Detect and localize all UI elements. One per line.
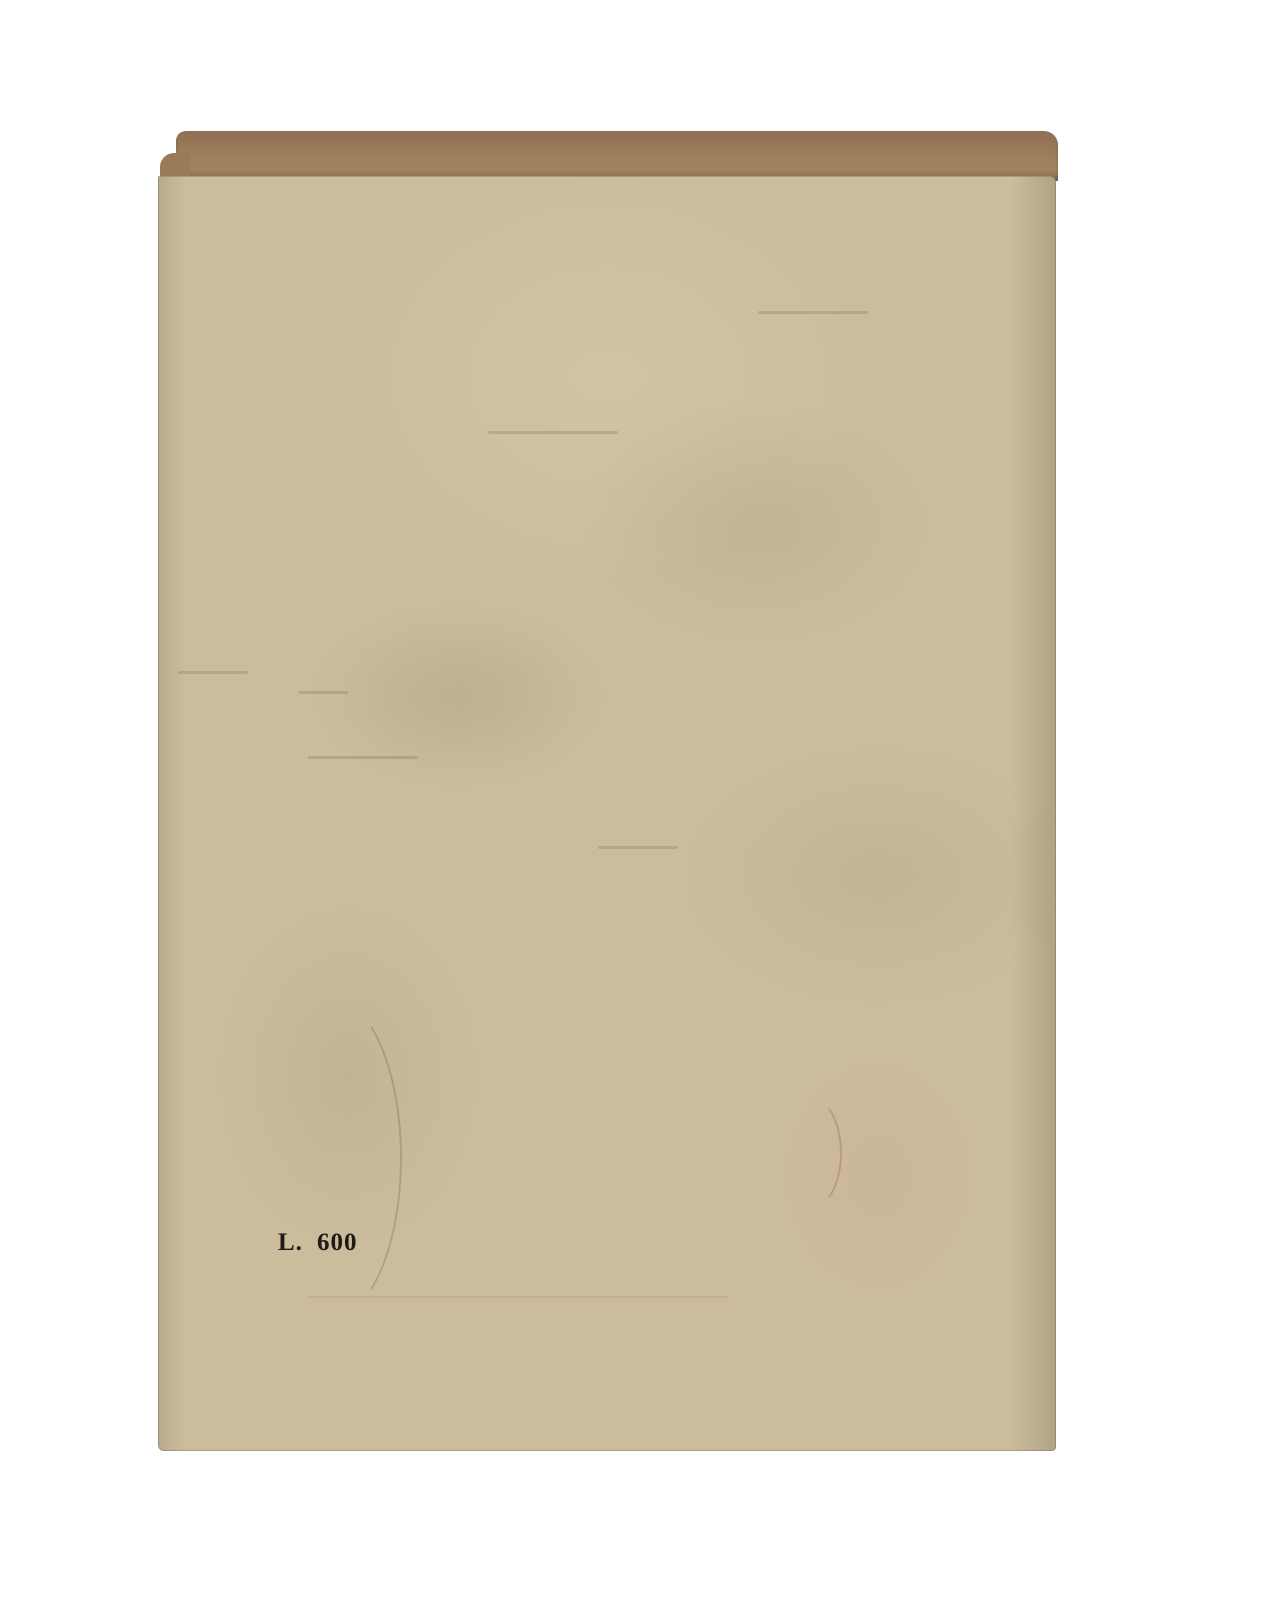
- stain-mark: [758, 311, 868, 314]
- stain-mark: [488, 431, 618, 434]
- crease-mark: [778, 1096, 842, 1210]
- price-amount: 600: [317, 1229, 358, 1256]
- price-label: L.600: [278, 1229, 357, 1257]
- cover-paper: L.600: [158, 176, 1056, 1451]
- scan-background: L.600: [0, 0, 1261, 1600]
- stain-mark: [298, 691, 348, 694]
- stain-mark: [178, 671, 248, 674]
- stain-mark: [308, 1296, 728, 1298]
- crease-mark: [258, 996, 402, 1320]
- stain-mark: [308, 756, 418, 759]
- book-back-cover: L.600: [158, 131, 1058, 1451]
- stain-mark: [598, 846, 678, 849]
- spine-edge-strip: [176, 131, 1058, 181]
- price-currency: L.: [278, 1229, 303, 1256]
